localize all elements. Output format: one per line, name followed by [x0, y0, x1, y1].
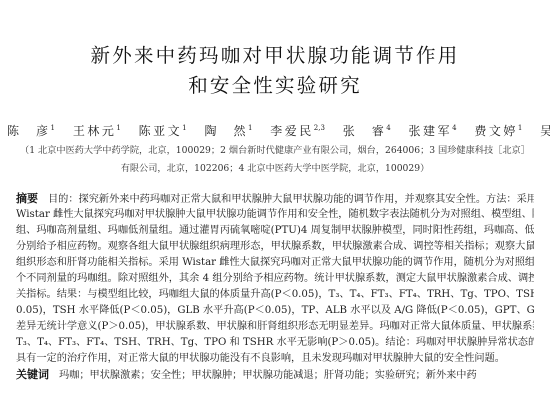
author: 张 睿4: [343, 124, 391, 138]
abstract-line: 组织形态和肝肾功能相关指标。采用 Wistar 雌性大鼠探究玛咖对正常大鼠甲状腺…: [16, 255, 534, 271]
keywords-text: 玛咖；甲状腺激素；安全性；甲状腺肿；甲状腺功能减退；肝肾功能；实验研究；新外来中…: [59, 370, 477, 381]
author: 陈亚文1: [139, 124, 187, 138]
author: 陶 然1: [204, 124, 252, 138]
abstract-label: 摘要: [16, 192, 38, 205]
abstract-line: 组、玛咖高剂量组、玛咖低剂量组。通过灌胃丙硫氧嘧啶(PTU)4 周复制甲状腺肿模…: [16, 223, 534, 239]
abstract-line: T₃、T₄、FT₃、FT₄、TSH、TRH、Tg、TPO 和 TSHR 水平无影…: [16, 335, 534, 351]
abstract-line: 关指标。结果：与模型组比较，玛咖组大鼠的体质量升高(P＜0.05)，T₃、T₄、…: [16, 287, 534, 303]
author: 费文婷1: [474, 124, 522, 138]
author: 吴晓磊3: [540, 124, 550, 138]
author: 李爱民2,3: [270, 124, 325, 138]
keywords-label: 关键词: [16, 368, 49, 381]
affiliation-line-1: （1 北京中医药大学中药学院，北京，100029；2 烟台新时代健康产业有限公司…: [0, 142, 550, 156]
abstract-line: 个不同剂量的玛咖组。除对照组外，其余 4 组分别给予相应药物。统计甲状腺系数，测…: [16, 271, 534, 287]
abstract-line: 摘要目的：探究新外来中药玛咖对正常大鼠和甲状腺肿大鼠甲状腺功能的调节作用，并观察…: [16, 191, 534, 207]
abstract-line: 0.05)，TSH 水平降低(P＜0.05)，GLB 水平升高(P＜0.05)，…: [16, 303, 534, 319]
abstract-line: 分别给予相应药物。观察各组大鼠甲状腺组织病理形态，甲状腺系数，甲状腺激素合成、调…: [16, 239, 534, 255]
abstract-line: 差异无统计学意义(P＞0.05)，甲状腺系数、甲状腺和肝肾组织形态无明显差异。玛…: [16, 319, 534, 335]
paper-title-line-1: 新外来中药玛咖对甲状腺功能调节作用: [0, 44, 550, 68]
author: 陈 彦1: [7, 124, 55, 138]
abstract: 摘要目的：探究新外来中药玛咖对正常大鼠和甲状腺肿大鼠甲状腺功能的调节作用，并观察…: [16, 191, 534, 383]
abstract-line: Wistar 雌性大鼠探究玛咖对甲状腺肿大鼠甲状腺功能调节作用和安全性，随机数字…: [16, 207, 534, 223]
paper-title-line-2: 和安全性实验研究: [0, 74, 550, 98]
affiliation-line-2: 有限公司，北京，102206；4 北京中医药大学中医学院，北京，100029）: [0, 160, 550, 174]
keywords: 关键词玛咖；甲状腺激素；安全性；甲状腺肿；甲状腺功能减退；肝肾功能；实验研究；新…: [16, 367, 534, 383]
abstract-line: 具有一定的治疗作用，对正常大鼠的甲状腺功能没有不良影响，且未发现玛咖对甲状腺肿大…: [16, 351, 534, 367]
author: 王林元1: [73, 124, 121, 138]
author-list: 陈 彦1 王林元1 陈亚文1 陶 然1 李爱民2,3 张 睿4 张建军4 费文婷…: [0, 122, 550, 139]
author: 张建军4: [409, 124, 457, 138]
